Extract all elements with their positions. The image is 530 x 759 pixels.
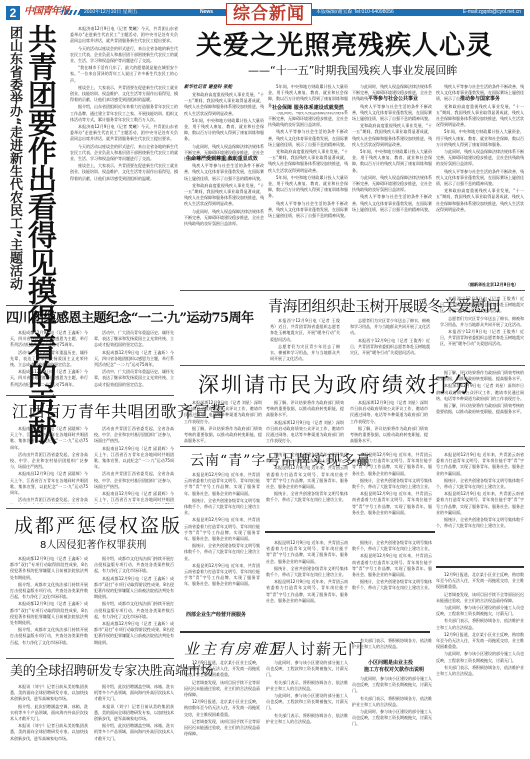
jiangxi-col-1: 本报南昌12月9日电（记者 邱晨辉）今天上午，江西省百万青年在各地同时共唱团歌、… (10, 426, 88, 504)
feature-headline: 关爱之光照亮残疾人心灵 (196, 30, 493, 62)
yunnan-col-4: 本报昆明12月9日电 近年来，共青团云南省委着力打造青年文明号、青年岗位能手等“… (266, 540, 348, 628)
divider (180, 631, 430, 633)
workers-headline: 工人讨薪无门 (268, 640, 364, 658)
divider (6, 508, 174, 509)
chengdu-subheadline: 8人因侵犯著作权罪获刑 (40, 540, 146, 552)
divider (6, 305, 174, 306)
sichuan-headline: 四川团缆感恩主题纪念“一二·九”运动75周年 (6, 311, 254, 327)
feature-subhead-1: 社会保障 服务体系建设成就斐然 (272, 105, 344, 112)
feature-col-1: 党和政府高度重视残疾人事业发展，“十一五”期间，我国残疾人事业取得显著成就，残疾… (184, 92, 264, 288)
divider (436, 566, 524, 568)
shenzhen-headline: 深圳请市民为政府绩效打分 (198, 372, 474, 398)
workers-col-2: 与此同时，参与该小区建设的部分施工人员也反映，工程款和工资长期被拖欠，讨薪无门。… (352, 676, 432, 756)
midea-col-1: 本报讯（刘宁）记者日前从美的集团获悉，美的面向全球招聘研发专家，以加快技术创新步… (10, 684, 88, 756)
divider (180, 446, 525, 447)
midea-col-2: 据介绍，此次招聘涵盖空调、冰箱、洗衣机等多个产品领域，面向海内外高层次技术人才敞… (94, 684, 174, 756)
workers-col-1: 与此同时，参与该小区建设的部分施工人员也反映，工程款和工资长期被拖欠，讨薪无门。… (266, 660, 348, 756)
feature-subhead-3: 平等参与社会公共事业 (368, 96, 418, 103)
shenzhen-col-1: 本报深圳12月9日电（记者 刘星）深圳市日前启动政府绩效公众评议工作，邀请市民通… (184, 400, 262, 444)
workers-subhead-1: 小区问题是由业主投 (368, 660, 413, 667)
divider (6, 395, 174, 396)
jiangxi-col-2: 活动由共青团江西省委发起，全省各高校、中学、企业和农村基层团组织广泛参与，场面庄… (94, 426, 174, 504)
feature-byline: 新华社记者 谢登科 张舵 (184, 84, 232, 91)
feature-subhead-4: 推动参与国家事务 (460, 96, 500, 103)
workers-subhead-2: 施工方有权对欠款作出说明 (364, 667, 424, 674)
yunnan-col-3: 本报昆明12月9日电 近年来，共青团云南省委着力打造青年文明号、青年岗位能手等“… (352, 452, 432, 528)
feature-credit: （据新华社北京12月9日电） (466, 282, 518, 288)
chengdu-col-1: 本报成都12月9日电（记者 王鑫昕）成都市“双打”专项行动取得阶段性成果，8名侵… (10, 556, 88, 654)
divider (180, 290, 525, 291)
divider (265, 531, 435, 533)
qinghai-col-2: 志愿者们为灾区青少年送去了棉衣、棉被和学习用品，并与当地群众共同开展了文化活动。… (350, 318, 430, 362)
email-info: E-mail:zgqnb@cyol.net.cn (398, 9, 524, 16)
divider (180, 365, 525, 366)
lead-body: 本报济南12月9日电（记者 樊曦）今天，共青团山东省委举办“走进新生代农民工”主… (70, 26, 178, 288)
sichuan-col-1: 本报成都12月9日电（记者 王鑫昕）今天，四川省各地团组织以感恩为主题，举行系列… (10, 330, 88, 390)
sichuan-col-2: 活动中，广大团员青年重温历史，缅怀先辈，表达了继承和发扬爱国主义光荣传统、立志成… (94, 330, 174, 390)
midea-headline: 美的全球招聘研发专家决胜高端市场 (10, 664, 213, 680)
hatch-decoration (62, 10, 82, 15)
news-label: News (200, 9, 213, 16)
yunnan-col-1: 本报昆明12月9日电 近年来，共青团云南省委着力打造青年文明号、青年岗位能手等“… (184, 472, 260, 626)
qinghai-col-1: 本报西宁12月9日电（记者 王俊秀）近日，共青团青海省委组织志愿者奔赴玉树地震灾… (270, 318, 340, 362)
owner-col-1: 12月9日报道，北京某小区业主反映，购房数年至今仍无法入住，开发商一再拖延交房，… (184, 660, 260, 756)
lead-kicker: 团山东省委举办“走进新生代农民工”主题活动 (6, 26, 22, 290)
owner-upper-col: 本报昆明12月9日电 近年来，共青团云南省委着力打造青年文明号、青年岗位能手等“… (436, 452, 524, 562)
yunnan-col-5: 据统计，全省共创建各级青年文明号集体数千个，带动了大批青年在岗位上建功立业。 本… (352, 540, 432, 628)
workers-col-3: 12月9日报道，北京某小区业主反映，购房数年至今仍无法入住，开发商一再拖延交房，… (436, 572, 524, 756)
qinghai-col-3: 本报西宁12月9日电（记者 王俊秀）近日，共青团青海省委组织志愿者奔赴玉树地震灾… (440, 296, 524, 362)
feature-subhead-2: 生命尊严受到尊重 救助重显成效 (186, 156, 258, 163)
yunnan-subhead: 西部企业生产经营开展服务 (186, 612, 246, 619)
section-title: 综合新闻 (226, 3, 312, 25)
chengdu-headline: 成都严惩侵权盗版 (14, 515, 182, 537)
shenzhen-col-4: 据了解，评议结果将作为政府部门绩效考核的重要依据，以推动政府转变职能、提高服务水… (436, 370, 524, 444)
shenzhen-col-2: 据了解，评议结果将作为政府部门绩效考核的重要依据，以推动政府转变职能、提高服务水… (266, 400, 344, 444)
divider (6, 658, 174, 659)
editor-info: 本版编辑/谢宝森 Tel:010-64098056 (312, 9, 398, 16)
feature-col-2: 5年间，中央和地方财政累计投入大量资金，用于残疾人康复、教育、就业和社会保障，数… (268, 84, 348, 288)
workers-col-2-top: 有关部门表示，将积极协调各方，依法维护业主和工人的合法权益。 (352, 638, 432, 660)
feature-col-4: 残疾人平等参与社会生活的条件不断改善，残疾人文化体育事业蓬勃发展，在国际赛场上屡… (436, 84, 524, 282)
page-number: 2 (6, 6, 20, 20)
chengdu-col-2: 据介绍，成都市文化执法部门持续开展打击侵权盗版专项行动，共查处各类案件数百起，有… (94, 556, 174, 654)
shenzhen-col-3: 本报深圳12月9日电（记者 刘星）深圳市日前启动政府绩效公众评议工作，邀请市民通… (350, 400, 428, 444)
yunnan-col-2: 据统计，全省共创建各级青年文明号集体数千个，带动了大批青年在岗位上建功立业。 本… (266, 452, 348, 528)
feature-subheadline: ——“十一五”时期我国残疾人事业发展回眸 (248, 64, 457, 78)
feature-col-3: 与此同时，残疾人权益保障法律法规体系不断完善，无障碍环境建设稳步推进，全社会扶残… (352, 84, 432, 288)
